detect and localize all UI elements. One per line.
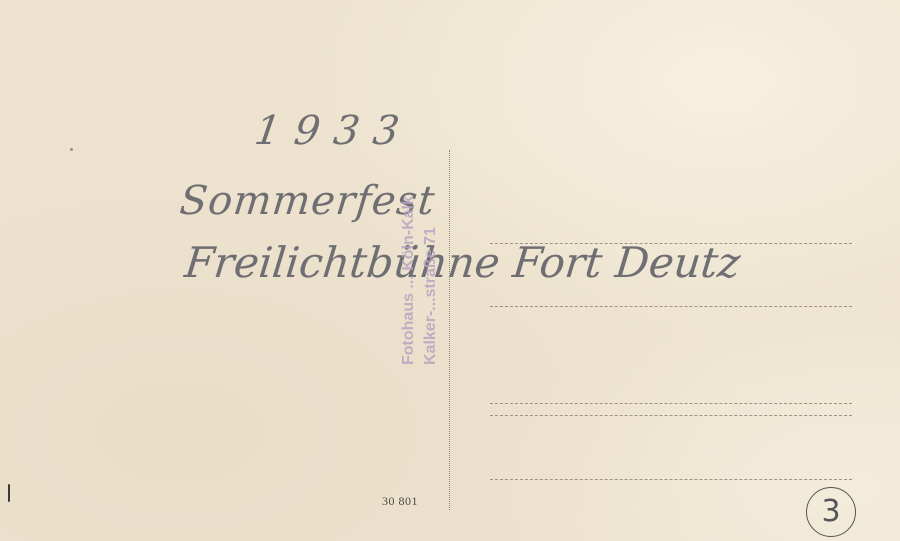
address-line: [490, 243, 852, 244]
stamp-line-1: Fotohaus ... Köln-Kalk: [398, 196, 420, 365]
handwritten-year: 1933: [252, 108, 416, 154]
stamp-line-2: Kalker-...straße 71: [420, 196, 442, 365]
photographer-stamp: Fotohaus ... Köln-Kalk Kalker-...straße …: [398, 196, 442, 365]
address-line: [490, 415, 852, 416]
postcard-back: 1933 Sommerfest Freilichtbühne Fort Deut…: [0, 0, 900, 541]
circled-number: 3: [806, 487, 856, 537]
address-line: [490, 306, 852, 307]
address-line: [490, 403, 852, 404]
print-number: 30 801: [382, 494, 418, 509]
circled-number-text: 3: [821, 497, 840, 527]
address-line: [490, 479, 852, 480]
center-divider: [449, 150, 450, 510]
paper-speck: [70, 148, 73, 151]
handwritten-location: Freilichtbühne Fort Deutz: [182, 238, 742, 287]
edge-mark: [8, 484, 10, 502]
